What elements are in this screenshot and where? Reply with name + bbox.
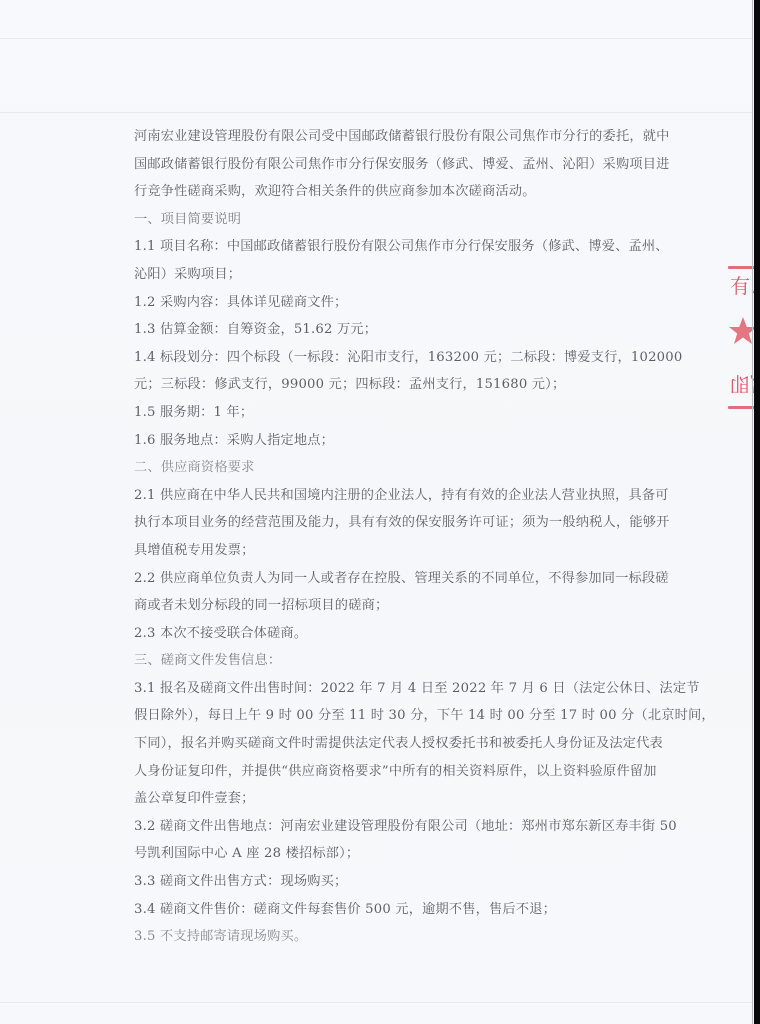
- text-line: 1.5 服务期：1 年；: [134, 402, 634, 430]
- section-document-sale-info: 三、磋商文件发售信息： 3.1 报名及磋商文件出售时间：2022 年 7 月 4…: [134, 650, 634, 954]
- text-line: 国邮政储蓄银行股份有限公司焦作市分行保安服务（修武、博爱、孟州、沁阳）采购项目进: [134, 154, 634, 182]
- text-line: 2.2 供应商单位负责人为同一人或者存在控股、管理关系的不同单位，不得参加同一标…: [134, 568, 634, 596]
- intro-paragraph: 河南宏业建设管理股份有限公司受中国邮政储蓄银行股份有限公司焦作市分行的委托，就中…: [134, 126, 634, 209]
- section-supplier-requirements: 二、供应商资格要求 2.1 供应商在中华人民共和国境内注册的企业法人，持有有效的…: [134, 457, 634, 650]
- text-line: 行竞争性磋商采购，欢迎符合相关条件的供应商参加本次磋商活动。: [134, 181, 634, 209]
- text-line: 2.1 供应商在中华人民共和国境内注册的企业法人，持有有效的企业法人营业执照，具…: [134, 485, 634, 513]
- text-line: 执行本项目业务的经营范围及能力，具有有效的保安服务许可证；须为一般纳税人，能够开: [134, 512, 634, 540]
- section-heading: 二、供应商资格要求: [134, 457, 634, 485]
- text-line: 2.3 本次不接受联合体磋商。: [134, 623, 634, 651]
- text-line: 盖公章复印件壹套；: [134, 788, 634, 816]
- text-line: 3.5 不支持邮寄请现场购买。: [134, 926, 634, 954]
- text-line: 1.4 标段划分：四个标段（一标段：沁阳市支行，163200 元；二标段：博爱支…: [134, 347, 634, 375]
- text-line: 具增值税专用发票；: [134, 540, 634, 568]
- section-project-summary: 一、项目简要说明 1.1 项目名称：中国邮政储蓄银行股份有限公司焦作市分行保安服…: [134, 209, 634, 457]
- text-line: 3.3 磋商文件出售方式：现场购买；: [134, 871, 634, 899]
- text-line: 1.1 项目名称：中国邮政储蓄银行股份有限公司焦作市分行保安服务（修武、博爱、孟…: [134, 236, 634, 264]
- scan-edge-line: [752, 0, 753, 1024]
- document-body: 河南宏业建设管理股份有限公司受中国邮政储蓄银行股份有限公司焦作市分行的委托，就中…: [134, 126, 634, 954]
- text-line: 1.6 服务地点：采购人指定地点；: [134, 430, 634, 458]
- scanned-document-page: 河南宏业建设管理股份有限公司受中国邮政储蓄银行股份有限公司焦作市分行的委托，就中…: [0, 0, 753, 1024]
- text-line: 1.3 估算金额：自筹资金，51.62 万元；: [134, 319, 634, 347]
- scan-streak: [0, 38, 753, 39]
- text-line: 3.4 磋商文件售价：磋商文件每套售价 500 元，逾期不售，售后不退；: [134, 899, 634, 927]
- text-line: 沁阳）采购项目；: [134, 264, 634, 292]
- text-line: 河南宏业建设管理股份有限公司受中国邮政储蓄银行股份有限公司焦作市分行的委托，就中: [134, 126, 634, 154]
- scan-streak: [0, 1002, 753, 1003]
- text-line: 3.2 磋商文件出售地点：河南宏业建设管理股份有限公司（地址：郑州市郑东新区寿丰…: [134, 816, 634, 844]
- text-line: 商或者未划分标段的同一招标项目的磋商；: [134, 595, 634, 623]
- text-line: 号凯利国际中心 A 座 28 楼招标部）；: [134, 843, 634, 871]
- section-heading: 三、磋商文件发售信息：: [134, 650, 634, 678]
- text-line: 1.2 采购内容：具体详见磋商文件；: [134, 292, 634, 320]
- text-line: 人身份证复印件，并提供“供应商资格要求”中所有的相关资料原件，以上资料验原件留加: [134, 761, 634, 789]
- text-line: 3.1 报名及磋商文件出售时间：2022 年 7 月 4 日至 2022 年 7…: [134, 678, 634, 706]
- text-line: 假日除外），每日上午 9 时 00 分至 11 时 30 分，下午 14 时 0…: [134, 705, 634, 733]
- scan-edge-border: [754, 0, 760, 1024]
- text-line: 元；三标段：修武支行，99000 元；四标段：孟州支行，151680 元）；: [134, 374, 634, 402]
- scan-streak: [0, 112, 753, 113]
- section-heading: 一、项目简要说明: [134, 209, 634, 237]
- text-line: 下同），报名并购买磋商文件时需提供法定代表人授权委托书和被委托人身份证及法定代表: [134, 733, 634, 761]
